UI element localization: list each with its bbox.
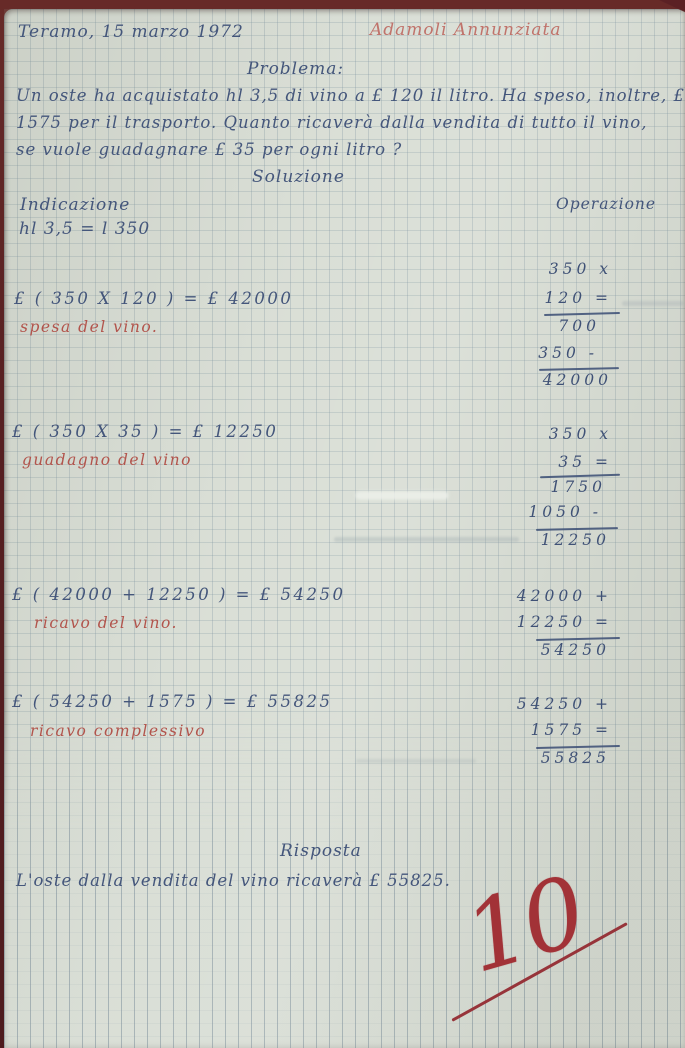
step-caption: ricavo del vino. [34, 614, 178, 632]
pencil-smudge [622, 301, 684, 306]
operation-operand: 350 x [512, 425, 612, 443]
conversion-line: hl 3,5 = l 350 [19, 219, 150, 239]
operation-operand: 120 = [512, 289, 612, 307]
operation-operand: 35 = [512, 453, 612, 471]
pencil-smudge [356, 759, 476, 763]
problem-heading: Problema: [247, 59, 344, 79]
operation-result: 12250 [510, 531, 610, 549]
operation-partial: 350 - [498, 344, 598, 362]
eraser-smudge [356, 492, 448, 499]
step-expression: £ ( 350 X 35 ) = £ 12250 [12, 422, 278, 441]
operation-partial: 1750 [506, 478, 606, 496]
step-caption: guadagno del vino [22, 451, 192, 469]
operation-operand: 1575 = [512, 721, 612, 739]
operation-partial: 1050 - [502, 503, 602, 521]
solution-heading: Soluzione [252, 167, 345, 187]
step-expression: £ ( 350 X 120 ) = £ 42000 [14, 289, 293, 308]
operation-operand: 12250 = [512, 613, 612, 631]
student-name: Adamoli Annunziata [370, 20, 562, 40]
answer-line: L'oste dalla vendita del vino ricaverà £… [16, 871, 451, 890]
problem-text-line: se vuole guadagnare £ 35 per ogni litro … [16, 140, 402, 159]
step-expression: £ ( 54250 + 1575 ) = £ 55825 [12, 692, 332, 711]
operation-operand: 54250 + [512, 695, 612, 713]
date-line: Teramo, 15 marzo 1972 [18, 22, 244, 42]
operation-result: 54250 [510, 641, 610, 659]
step-expression: £ ( 42000 + 12250 ) = £ 54250 [12, 585, 345, 604]
problem-text-line: 1575 per il trasporto. Quanto ricaverà d… [16, 113, 647, 132]
problem-text-line: Un oste ha acquistato hl 3,5 di vino a £… [16, 86, 685, 105]
operation-result: 42000 [512, 371, 612, 389]
step-caption: spesa del vino. [20, 318, 158, 336]
pencil-smudge [334, 537, 519, 542]
operation-result: 55825 [510, 749, 610, 767]
step-caption: ricavo complessivo [30, 722, 206, 740]
grade-mark: 10 [455, 863, 593, 987]
answer-heading: Risposta [280, 841, 362, 861]
operation-rule [544, 312, 620, 316]
operation-partial: 700 [500, 317, 600, 335]
column-header-operazione: Operazione [556, 195, 656, 213]
column-header-indicazione: Indicazione [20, 195, 130, 215]
photo-frame: Teramo, 15 marzo 1972 Adamoli Annunziata… [0, 0, 685, 1048]
notebook-page: Teramo, 15 marzo 1972 Adamoli Annunziata… [4, 9, 685, 1048]
operation-operand: 42000 + [512, 587, 612, 605]
operation-operand: 350 x [512, 260, 612, 278]
